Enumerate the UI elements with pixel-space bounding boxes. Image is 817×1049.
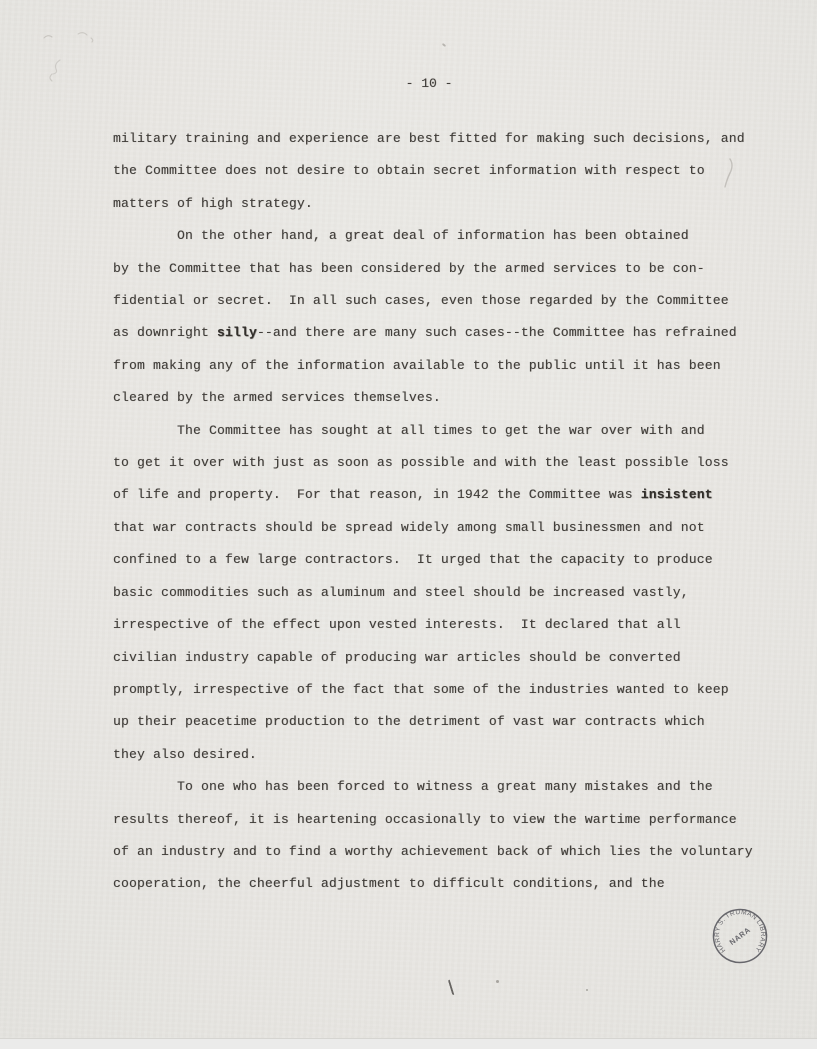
text-line: the Committee does not desire to obtain … <box>113 155 763 187</box>
pencil-scribble-marks <box>30 22 120 92</box>
text-line: they also desired. <box>113 739 763 771</box>
text-line: of life and property. For that reason, i… <box>113 479 763 511</box>
text-line: of an industry and to find a worthy achi… <box>113 836 763 868</box>
text-line: basic commodities such as aluminum and s… <box>113 577 763 609</box>
paragraph: On the other hand, a great deal of infor… <box>113 220 763 414</box>
text-line: The Committee has sought at all times to… <box>113 415 763 447</box>
text-line: To one who has been forced to witness a … <box>113 771 763 803</box>
paragraph: The Committee has sought at all times to… <box>113 415 763 771</box>
text-line: matters of high strategy. <box>113 188 763 220</box>
text-line: promptly, irrespective of the fact that … <box>113 674 763 706</box>
truman-library-stamp: HARRY S. TRUMAN LIBRARY NARA <box>707 903 773 969</box>
text-line: military training and experience are bes… <box>113 123 763 155</box>
text-line: cooperation, the cheerful adjustment to … <box>113 868 763 900</box>
ink-speck <box>586 989 588 991</box>
stamp-center-text: NARA <box>728 925 753 947</box>
ink-speck <box>496 980 499 983</box>
page-number: - 10 - <box>369 76 489 91</box>
text-line: On the other hand, a great deal of infor… <box>113 220 763 252</box>
text-line: from making any of the information avail… <box>113 350 763 382</box>
text-line: cleared by the armed services themselves… <box>113 382 763 414</box>
paragraph: To one who has been forced to witness a … <box>113 771 763 901</box>
paragraph: military training and experience are bes… <box>113 123 763 220</box>
text-line: confined to a few large contractors. It … <box>113 544 763 576</box>
scanned-document-page: { "theme": { "paper": "#e9e7e3", "ink": … <box>0 0 817 1049</box>
document-body: military training and experience are bes… <box>113 123 763 901</box>
text-line: by the Committee that has been considere… <box>113 253 763 285</box>
text-line: results thereof, it is heartening occasi… <box>113 804 763 836</box>
text-line: fidential or secret. In all such cases, … <box>113 285 763 317</box>
text-line: irrespective of the effect upon vested i… <box>113 609 763 641</box>
text-line: civilian industry capable of producing w… <box>113 642 763 674</box>
text-line: to get it over with just as soon as poss… <box>113 447 763 479</box>
text-line: up their peacetime production to the det… <box>113 706 763 738</box>
text-line: as downright silly--and there are many s… <box>113 317 763 349</box>
text-line: that war contracts should be spread wide… <box>113 512 763 544</box>
